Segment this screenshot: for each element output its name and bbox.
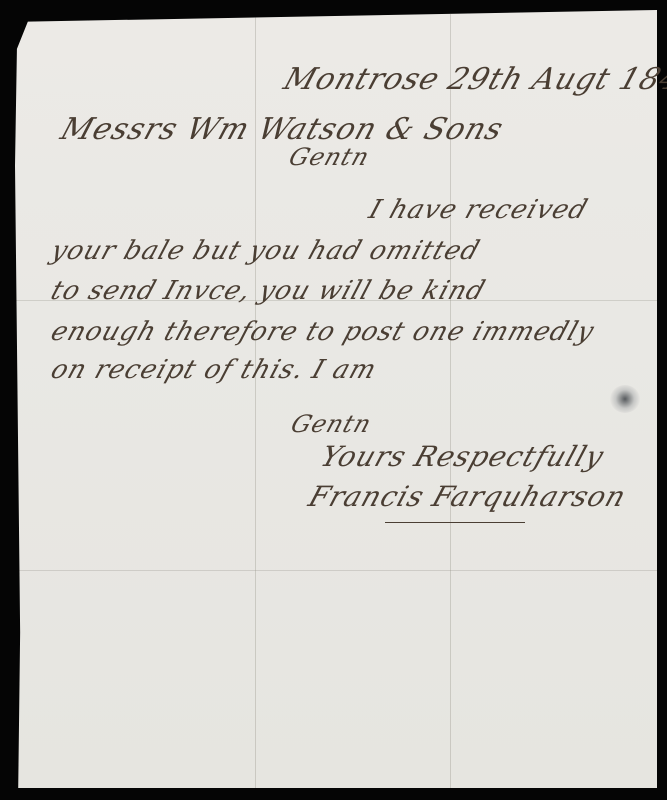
body-line: I have received	[365, 195, 592, 225]
addressee: Messrs Wm Watson & Sons	[56, 112, 508, 147]
body-line: on receipt of this. I am	[47, 355, 380, 385]
closing: Yours Respectfully	[317, 440, 609, 473]
dateline: Montrose 29th Augt 1840	[279, 62, 667, 97]
fold-line-horizontal	[15, 570, 657, 571]
body-line: enough therefore to post one immedly	[47, 317, 598, 347]
signature-underline	[385, 522, 525, 523]
salutation: Gentn	[285, 143, 373, 171]
ink-stain	[610, 385, 640, 413]
closing-salutation: Gentn	[287, 410, 375, 438]
body-line: your bale but you had omitted	[47, 236, 484, 266]
body-line: to send Invce, you will be kind	[47, 276, 489, 306]
signature: Francis Farquharson	[305, 480, 631, 513]
